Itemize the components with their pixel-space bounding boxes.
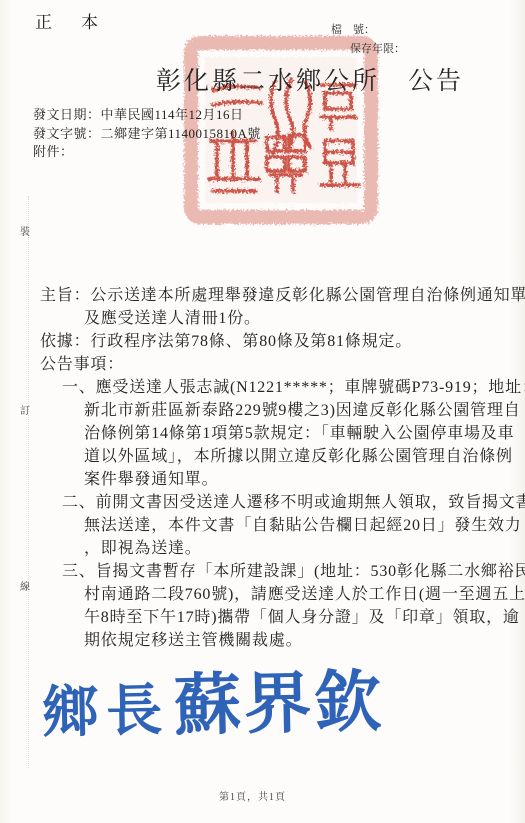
body-line: 主旨：公示送達本所處理舉發違反彰化縣公園管理自治條例通知單 xyxy=(40,284,510,307)
announcement-body: 主旨：公示送達本所處理舉發違反彰化縣公園管理自治條例通知單 及應受送達人清冊1份… xyxy=(40,284,510,652)
page-number: 第1頁，共1頁 xyxy=(0,788,505,803)
body-line: 午8時至下午17時)攜帶「個人身分證」及「印章」領取，逾 xyxy=(40,606,510,629)
body-line: 三、旨揭文書暫存「本所建設課」(地址：530彰化縣二水鄉裕民 xyxy=(40,560,510,583)
body-line: 新北市新莊區新泰路229號9樓之3)因違反彰化縣公園管理自 xyxy=(40,399,510,422)
binding-mark-ding: 訂 xyxy=(20,402,30,417)
document-meta: 發文日期：中華民國114年12月16日 發文字號：二鄉建字第1140015810… xyxy=(33,106,261,162)
body-line: 一、應受送達人張志誠(N1221*****；車牌號碼P73-919；地址： xyxy=(40,376,510,399)
body-line: 及應受送達人清冊1份。 xyxy=(40,307,510,330)
document-title: 彰化縣二水鄉公所 公告 xyxy=(156,61,464,97)
body-line: 公告事項： xyxy=(40,353,510,376)
body-line: 期依規定移送主管機關裁處。 xyxy=(40,629,510,652)
document-number: 發文字號：二鄉建字第1140015810A號 xyxy=(33,125,261,144)
issue-date: 發文日期：中華民國114年12月16日 xyxy=(33,106,261,125)
retention-period-label: 保存年限： xyxy=(350,40,405,56)
body-line: ，即視為送達。 xyxy=(40,537,510,560)
body-line: 道以外區域」，本所據以開立違反彰化縣公園管理自治條例 xyxy=(40,445,510,468)
body-line: 二、前開文書因受送達人遷移不明或逾期無人領取，致旨揭文書 xyxy=(40,491,510,514)
mayor-signature-stamp: 鄉長蘇界欽 xyxy=(41,648,385,751)
body-line: 無法送達，本件文書「自黏貼公告欄日起經20日」發生效力 xyxy=(40,514,510,537)
binding-margin-line xyxy=(28,196,29,768)
binding-mark-xian: 線 xyxy=(20,578,30,593)
mayor-name-text: 蘇界欽 xyxy=(173,665,385,743)
body-line: 治條例第14條第1項第5款規定：「車輛駛入公園停車場及車 xyxy=(40,422,510,445)
file-number-label: 檔 號： xyxy=(331,21,375,37)
body-line: 依據：行政程序法第78條、第80條及第81條規定。 xyxy=(40,330,510,353)
body-line: 案件舉發通知單。 xyxy=(40,468,510,491)
mayor-title-text: 鄉長 xyxy=(42,680,171,745)
binding-mark-zhuang: 裝 xyxy=(20,223,30,238)
body-line: 村南通路二段760號)，請應受送達人於工作日(週一至週五上 xyxy=(40,583,510,606)
attachment-label: 附件： xyxy=(33,143,261,162)
announcement-document: 正 本 檔 號： 保存年限： xyxy=(0,0,525,823)
copy-type-label: 正 本 xyxy=(35,8,104,33)
